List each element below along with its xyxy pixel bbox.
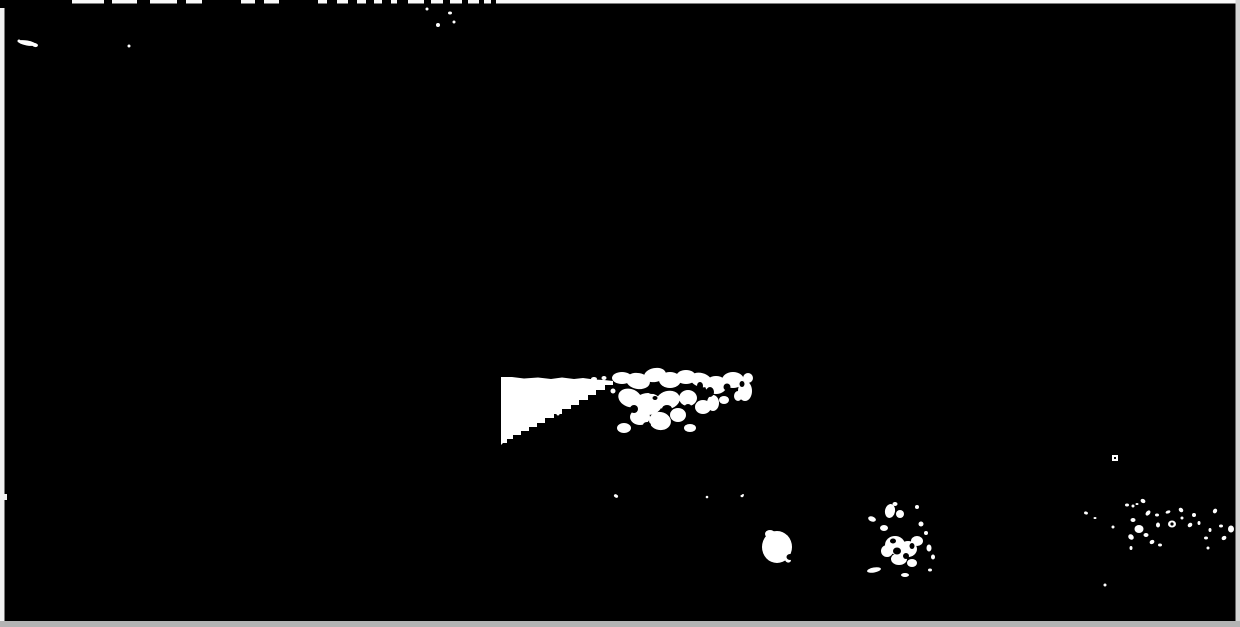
southeast-band-specks xyxy=(1207,547,1210,550)
right-cluster-holes xyxy=(740,381,745,387)
right-cluster-holes xyxy=(659,432,665,436)
right-cluster-blobs xyxy=(743,373,753,383)
right-cluster-blobs xyxy=(617,423,631,433)
southeast-band-specks xyxy=(1181,517,1184,520)
bottom-cluster-blobs xyxy=(901,573,909,577)
border-left-notch xyxy=(4,494,7,500)
right-cluster-holes xyxy=(677,423,683,428)
top-border-dash xyxy=(424,0,431,4)
right-cluster-holes xyxy=(630,405,638,413)
southeast-band-specks xyxy=(1131,518,1136,522)
bottom-cluster-holes xyxy=(910,543,915,549)
bottom-cluster-blobs xyxy=(881,545,893,557)
bottom-cluster-holes xyxy=(893,548,901,555)
top-border-dash xyxy=(137,0,150,4)
top-border-dash xyxy=(443,0,450,4)
southeast-band-specks xyxy=(1155,514,1159,517)
right-cluster-blobs xyxy=(670,408,686,422)
binarized-photo xyxy=(0,0,1240,627)
top-specks xyxy=(448,12,452,15)
right-cluster-blobs xyxy=(707,395,719,411)
southeast-band-specks xyxy=(1219,525,1223,528)
round-blob-notch xyxy=(787,554,794,560)
southeast-band-specks xyxy=(1209,528,1212,532)
top-border-dash xyxy=(382,0,391,4)
southeast-band-specks xyxy=(1130,546,1133,550)
bottom-cluster-blobs xyxy=(919,522,924,527)
top-specks xyxy=(436,23,440,27)
top-border-dash xyxy=(255,0,264,4)
bottom-cluster-blobs xyxy=(924,531,928,535)
southeast-band-specks xyxy=(1192,513,1196,517)
top-border-dash xyxy=(279,0,318,4)
right-cluster-blobs xyxy=(581,386,585,390)
top-border-dash xyxy=(202,0,241,4)
top-border-dash xyxy=(366,0,374,4)
top-border-dash xyxy=(397,0,408,4)
southeast-band-specks xyxy=(1198,521,1201,525)
right-cluster-blobs xyxy=(679,390,697,406)
right-cluster-holes xyxy=(685,404,692,410)
right-cluster-holes xyxy=(617,411,623,417)
southeast-band-specks xyxy=(1156,523,1160,528)
bottom-cluster-blobs xyxy=(907,559,917,567)
border-bottom xyxy=(0,621,1240,627)
right-cluster-holes xyxy=(724,384,731,391)
top-border-dash xyxy=(327,0,337,4)
right-cluster-holes xyxy=(653,396,658,400)
southeast-band-specks xyxy=(1132,505,1135,508)
bottom-cluster-blobs xyxy=(880,525,888,531)
right-cluster-blobs xyxy=(734,391,742,401)
bottom-cluster-blobs xyxy=(927,545,932,552)
bottom-cluster-blobs xyxy=(928,569,932,572)
right-cluster-holes xyxy=(643,422,651,428)
southeast-band-specks xyxy=(1135,525,1144,533)
southeast-band-specks xyxy=(1136,503,1139,505)
southeast-band-specks xyxy=(1228,526,1234,533)
top-specks xyxy=(128,45,131,48)
mid-specks xyxy=(706,496,709,499)
right-cluster-blobs xyxy=(719,396,729,404)
right-cluster-blobs xyxy=(591,377,597,381)
southeast-band-specks xyxy=(1204,537,1208,540)
southeast-band-specks xyxy=(1112,526,1115,529)
top-border-dash xyxy=(0,0,72,4)
top-specks xyxy=(453,21,456,24)
right-cluster-blobs xyxy=(684,424,696,432)
bottom-cluster-blobs xyxy=(931,555,935,560)
bottom-cluster-blobs xyxy=(896,510,904,518)
ring-speck-inner xyxy=(1114,457,1116,459)
right-cluster-holes xyxy=(647,386,657,394)
bottom-cluster-holes xyxy=(890,539,896,544)
southeast-band-specks xyxy=(1144,533,1149,537)
southeast-band-specks xyxy=(1158,544,1162,547)
bottom-cluster-holes xyxy=(903,553,909,559)
top-border-dash xyxy=(479,0,484,4)
right-cluster-blobs xyxy=(611,389,616,394)
top-border-dash xyxy=(491,0,496,4)
right-cluster-holes xyxy=(697,382,703,390)
binarized-photo-canvas xyxy=(0,0,1240,627)
top-border-dash xyxy=(177,0,186,4)
right-cluster-holes xyxy=(692,416,698,421)
bottom-cluster-blobs xyxy=(893,502,898,506)
southeast-band-specks xyxy=(1104,584,1107,587)
right-cluster-holes xyxy=(662,405,672,413)
right-cluster-blobs xyxy=(602,376,607,380)
bottom-cluster-blobs xyxy=(915,505,919,509)
top-border-dash xyxy=(348,0,357,4)
round-blob xyxy=(765,530,775,538)
southeast-band-specks xyxy=(1125,504,1129,507)
border-left xyxy=(0,8,5,627)
bottom-cluster-holes xyxy=(899,566,904,570)
right-cluster-holes xyxy=(706,387,714,397)
southeast-band-holes xyxy=(1170,522,1173,525)
photo-background xyxy=(0,0,1240,627)
mid-specks xyxy=(742,494,744,496)
top-left-streak xyxy=(18,40,21,43)
top-border-dash xyxy=(104,0,112,4)
top-border-dash xyxy=(462,0,468,4)
southeast-band-specks xyxy=(1094,517,1097,519)
mid-specks xyxy=(557,413,560,416)
top-specks xyxy=(426,8,429,11)
border-right xyxy=(1236,0,1240,621)
